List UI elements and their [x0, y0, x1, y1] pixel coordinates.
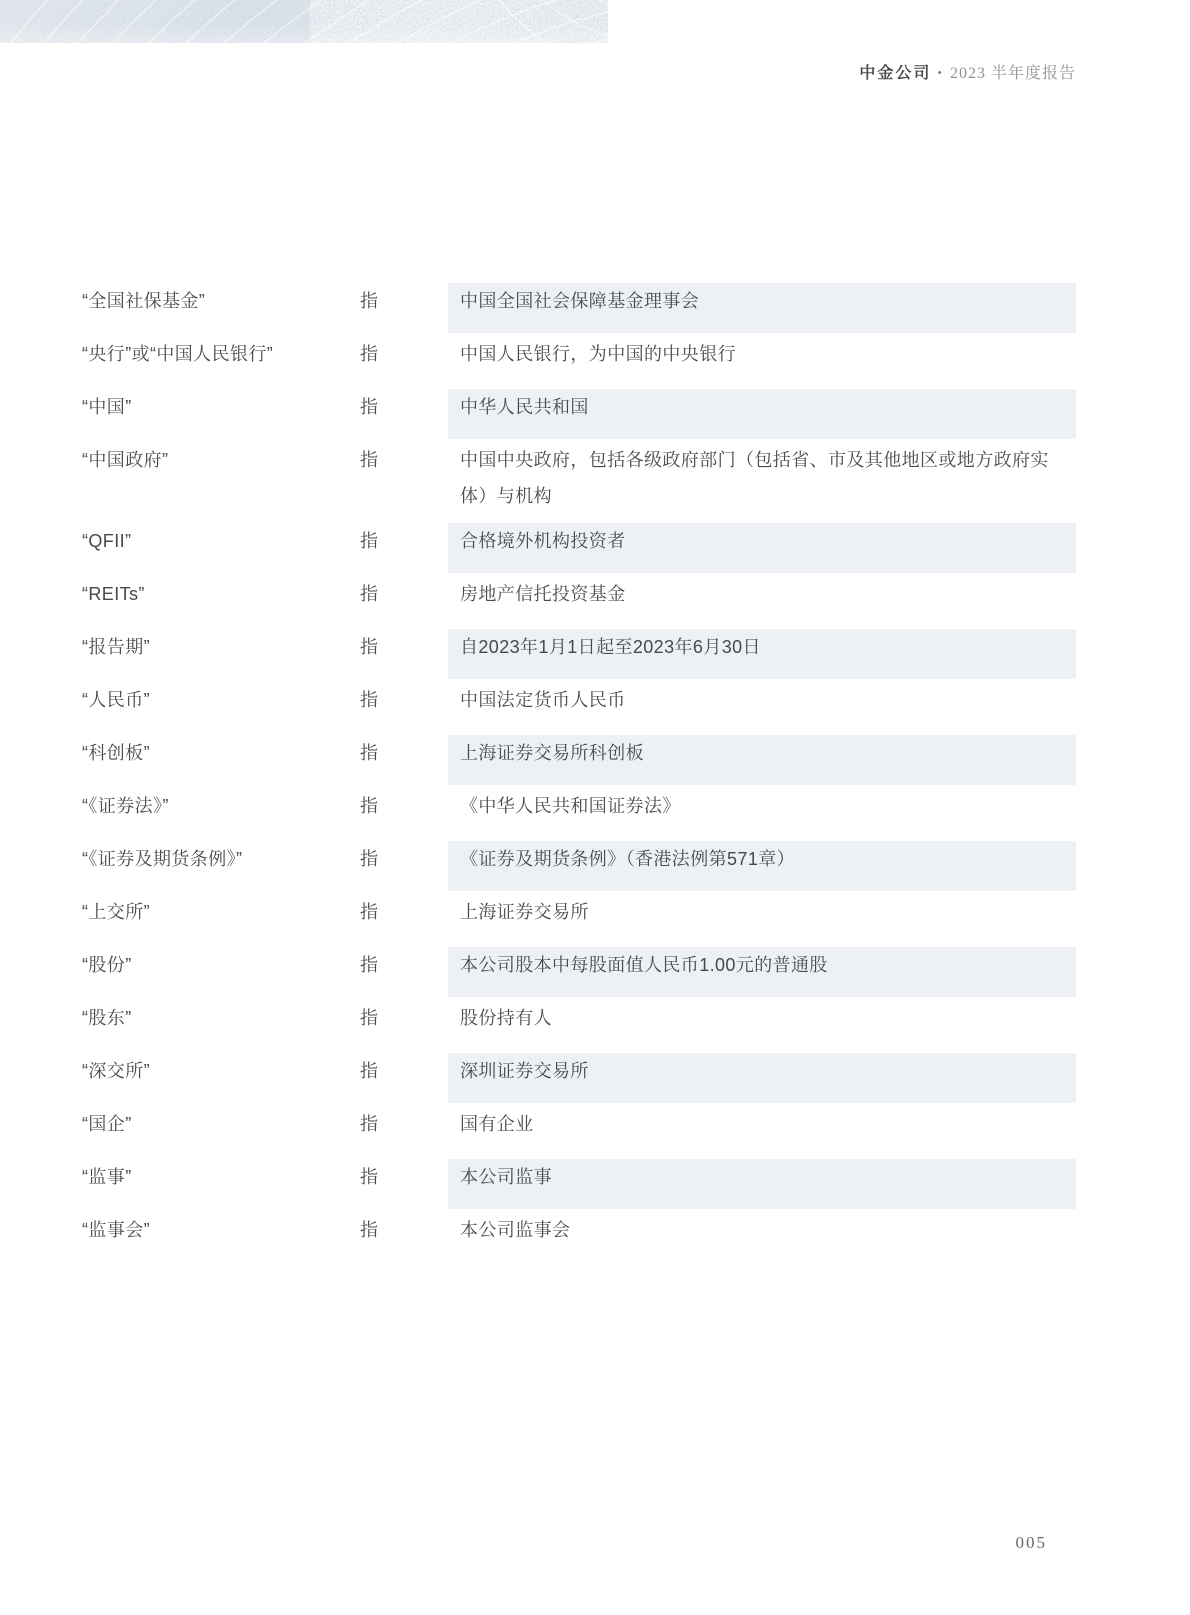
term-label: “股份”	[82, 947, 360, 997]
definition-text: 中华人民共和国	[448, 389, 1076, 439]
connector-label: 指	[360, 523, 448, 573]
glossary-row: “人民币” 指 中国法定货币人民币	[82, 682, 1076, 732]
term-label: “科创板”	[82, 735, 360, 785]
definition-text: 上海证券交易所科创板	[448, 735, 1076, 785]
decorative-banner-image	[0, 0, 608, 43]
glossary-row: “《证券法》” 指 《中华人民共和国证券法》	[82, 788, 1076, 838]
glossary-row: “科创板” 指 上海证券交易所科创板	[82, 735, 1076, 785]
definition-text: 房地产信托投资基金	[448, 576, 1076, 626]
glossary-row: “中国” 指 中华人民共和国	[82, 389, 1076, 439]
connector-label: 指	[360, 576, 448, 626]
glossary-table: “全国社保基金” 指 中国全国社会保障基金理事会 “央行”或“中国人民银行” 指…	[82, 283, 1076, 1265]
glossary-row: “《证券及期货条例》” 指 《证券及期货条例》（香港法例第571章）	[82, 841, 1076, 891]
definition-text: 中国法定货币人民币	[448, 682, 1076, 732]
definition-text: 合格境外机构投资者	[448, 523, 1076, 573]
term-label: “人民币”	[82, 682, 360, 732]
connector-label: 指	[360, 283, 448, 333]
term-label: “股东”	[82, 1000, 360, 1050]
connector-label: 指	[360, 841, 448, 891]
term-label: “深交所”	[82, 1053, 360, 1103]
term-label: “报告期”	[82, 629, 360, 679]
definition-text: 本公司股本中每股面值人民币1.00元的普通股	[448, 947, 1076, 997]
definition-text: 国有企业	[448, 1106, 1076, 1156]
report-title: 2023 半年度报告	[950, 65, 1076, 82]
connector-label: 指	[360, 735, 448, 785]
glossary-row: “监事” 指 本公司监事	[82, 1159, 1076, 1209]
definition-text: 上海证券交易所	[448, 894, 1076, 944]
connector-label: 指	[360, 1159, 448, 1209]
definition-text: 中国全国社会保障基金理事会	[448, 283, 1076, 333]
connector-label: 指	[360, 894, 448, 944]
definition-text: 深圳证券交易所	[448, 1053, 1076, 1103]
term-label: “监事会”	[82, 1212, 360, 1262]
connector-label: 指	[360, 1212, 448, 1262]
page-number: 005	[1016, 1533, 1048, 1553]
definition-text: 《中华人民共和国证券法》	[448, 788, 1076, 838]
connector-label: 指	[360, 788, 448, 838]
page-header: 中金公司•2023 半年度报告	[859, 63, 1076, 84]
definition-text: 《证券及期货条例》（香港法例第571章）	[448, 841, 1076, 891]
term-label: “上交所”	[82, 894, 360, 944]
term-label: “全国社保基金”	[82, 283, 360, 333]
glossary-row: “上交所” 指 上海证券交易所	[82, 894, 1076, 944]
company-name: 中金公司	[859, 65, 931, 82]
glossary-row: “深交所” 指 深圳证券交易所	[82, 1053, 1076, 1103]
glossary-row: “央行”或“中国人民银行” 指 中国人民银行，为中国的中央银行	[82, 336, 1076, 386]
glossary-row: “监事会” 指 本公司监事会	[82, 1212, 1076, 1262]
connector-label: 指	[360, 629, 448, 679]
glossary-row: “中国政府” 指 中国中央政府，包括各级政府部门（包括省、市及其他地区或地方政府…	[82, 442, 1076, 520]
connector-label: 指	[360, 442, 448, 520]
term-label: “中国”	[82, 389, 360, 439]
glossary-row: “全国社保基金” 指 中国全国社会保障基金理事会	[82, 283, 1076, 333]
definition-text: 本公司监事会	[448, 1212, 1076, 1262]
definition-text: 本公司监事	[448, 1159, 1076, 1209]
term-label: “中国政府”	[82, 442, 360, 520]
glossary-row: “国企” 指 国有企业	[82, 1106, 1076, 1156]
glossary-row: “QFII” 指 合格境外机构投资者	[82, 523, 1076, 573]
glossary-row: “REITs” 指 房地产信托投资基金	[82, 576, 1076, 626]
term-label: “监事”	[82, 1159, 360, 1209]
term-label: “QFII”	[82, 523, 360, 573]
glossary-row: “股份” 指 本公司股本中每股面值人民币1.00元的普通股	[82, 947, 1076, 997]
header-separator-dot: •	[937, 65, 942, 80]
connector-label: 指	[360, 1106, 448, 1156]
connector-label: 指	[360, 947, 448, 997]
term-label: “国企”	[82, 1106, 360, 1156]
definition-text: 中国中央政府，包括各级政府部门（包括省、市及其他地区或地方政府实体）与机构	[448, 442, 1076, 520]
connector-label: 指	[360, 1000, 448, 1050]
connector-label: 指	[360, 682, 448, 732]
definition-text: 自2023年1月1日起至2023年6月30日	[448, 629, 1076, 679]
term-label: “央行”或“中国人民银行”	[82, 336, 360, 386]
connector-label: 指	[360, 389, 448, 439]
glossary-row: “股东” 指 股份持有人	[82, 1000, 1076, 1050]
term-label: “《证券法》”	[82, 788, 360, 838]
definition-text: 股份持有人	[448, 1000, 1076, 1050]
term-label: “REITs”	[82, 576, 360, 626]
glossary-row: “报告期” 指 自2023年1月1日起至2023年6月30日	[82, 629, 1076, 679]
definition-text: 中国人民银行，为中国的中央银行	[448, 336, 1076, 386]
connector-label: 指	[360, 1053, 448, 1103]
connector-label: 指	[360, 336, 448, 386]
term-label: “《证券及期货条例》”	[82, 841, 360, 891]
